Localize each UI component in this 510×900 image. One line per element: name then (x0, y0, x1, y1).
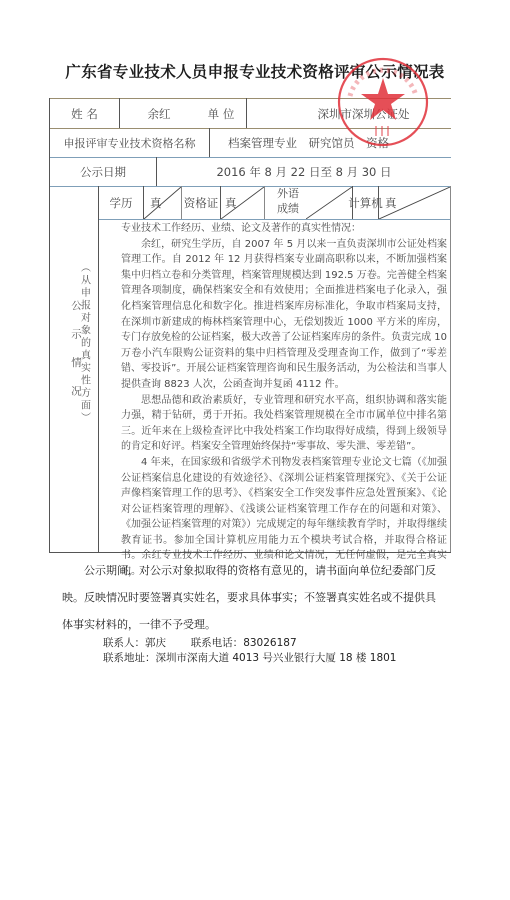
details-paragraph: 余红，研究生学历，自 2007 年 5 月以来一直负责深圳市公证处档案管理工作。… (121, 237, 447, 393)
name-value: 余红 (120, 99, 198, 128)
check-label-education: 学历 (99, 187, 143, 219)
check-label-line: 成绩 (268, 201, 308, 216)
unit-label: 单 位 (196, 99, 246, 128)
side-label-text: （从申报对象的真实性方面） (76, 262, 92, 425)
contact-address-label: 联系地址： (103, 652, 156, 664)
diagonal-strike (221, 187, 264, 219)
diagonal-strike (306, 187, 352, 219)
details-paragraph: 思想品德和政治素质好，专业管理和研究水平高，组织协调和落实能力强，精于钻研，勇于… (121, 393, 447, 455)
diagonal-strike (379, 187, 450, 219)
notice-line: 公示期间，对公示对象拟取得的资格有意见的，请书面向单位纪委部门反 (62, 557, 444, 584)
notice-line: 映。反映情况时要签署真实姓名，要求具体事实；不签署真实姓名或不提供具 (62, 584, 444, 611)
name-label: 姓 名 (50, 99, 119, 128)
table-divider (264, 186, 265, 219)
contact-phone-label: 联系电话： (191, 637, 244, 649)
unit-value: 深圳市深圳公证处 (247, 99, 450, 128)
check-label-certificate: 资格证 (182, 187, 220, 219)
side-label-note: （从申报对象的真实性方面） (76, 262, 90, 430)
date-label: 公示日期 (50, 158, 156, 186)
document-title: 广东省专业技术人员申报专业技术资格评审公示情况表 (0, 60, 510, 82)
contact-person-value: 郭庆 (145, 637, 166, 649)
qualification-label: 申报评审专业技术资格名称 (50, 129, 209, 157)
check-label-computer: 计算机 (353, 187, 378, 219)
objection-notice: 公示期间，对公示对象拟取得的资格有意见的，请书面向单位纪委部门反 映。反映情况时… (84, 557, 444, 638)
contact-address-line: 联系地址：深圳市深南大道 4013 号兴业银行大厦 18 楼 1801 (103, 651, 397, 666)
diagonal-strike (144, 187, 181, 219)
contact-phone-value: 83026187 (243, 637, 296, 649)
contact-person-line: 联系人：郭庆 联系电话：83026187 (103, 636, 397, 651)
contact-person-label: 联系人： (103, 637, 145, 649)
contact-address-value: 深圳市深南大道 4013 号兴业银行大厦 18 楼 1801 (156, 652, 397, 664)
date-value: 2016 年 8 月 22 日至 8 月 30 日 (157, 158, 451, 186)
achievement-details: 专业技术工作经历、业绩、论文及著作的真实性情况： 余红，研究生学历，自 2007… (121, 221, 447, 580)
details-heading: 专业技术工作经历、业绩、论文及著作的真实性情况： (121, 221, 447, 237)
qualification-value: 档案管理专业 研究馆员 资格 (210, 129, 450, 157)
notice-line: 体事实材料的，一律不予受理。 (62, 611, 444, 638)
side-label-disclosure: 公示情况 (60, 300, 74, 427)
check-label-line: 外语 (268, 186, 308, 201)
table-divider (98, 186, 99, 552)
table-divider (98, 219, 451, 220)
table-border-right (450, 186, 451, 552)
check-label-foreign-language: 外语 成绩 (268, 186, 308, 219)
contact-info: 联系人：郭庆 联系电话：83026187 联系地址：深圳市深南大道 4013 号… (103, 636, 397, 666)
